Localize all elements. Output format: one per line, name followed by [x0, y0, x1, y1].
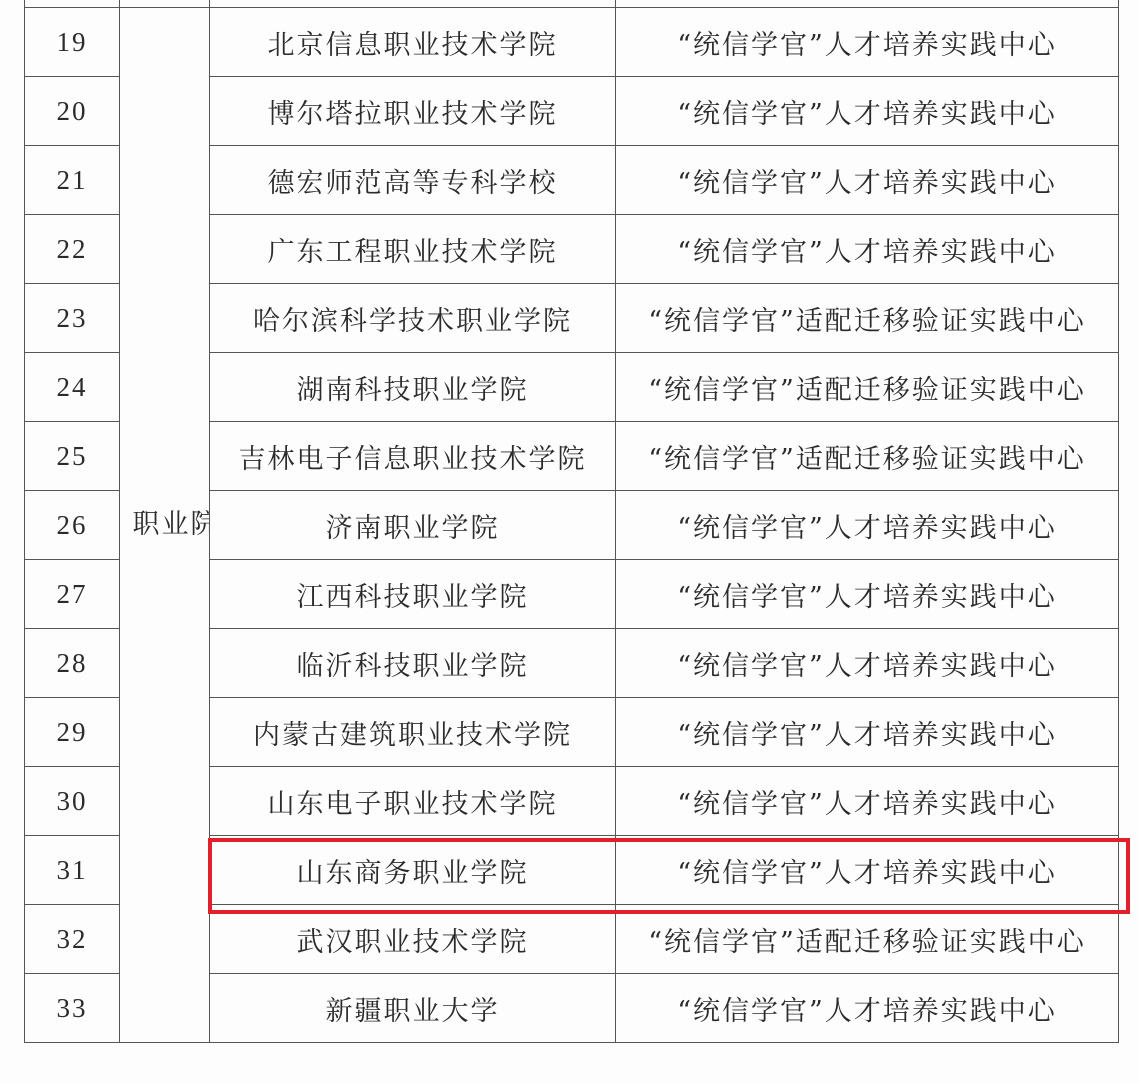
center-name: “统信学官”适配迁移验证实践中心: [616, 422, 1119, 491]
row-number: 31: [25, 836, 120, 905]
school-name: 临沂科技职业学院: [210, 629, 616, 698]
row-number: 19: [25, 8, 120, 77]
center-name: “统信学官”人才培养实践中心: [616, 974, 1119, 1043]
row-number: 25: [25, 422, 120, 491]
center-name: “统信学官”人才培养实践中心: [616, 698, 1119, 767]
center-name: “统信学官”人才培养实践中心: [616, 491, 1119, 560]
center-name: “统信学官”适配迁移验证实践中心: [616, 284, 1119, 353]
school-name: 新疆职业大学: [210, 974, 616, 1043]
school-name: 武汉职业技术学院: [210, 905, 616, 974]
school-name: 济南职业学院: [210, 491, 616, 560]
school-list-table: 19 职业院校 北京信息职业技术学院 “统信学官”人才培养实践中心 20 博尔塔…: [24, 0, 1119, 1043]
school-name: 湖南科技职业学院: [210, 353, 616, 422]
category-cell-top: [120, 0, 210, 8]
row-number: 27: [25, 560, 120, 629]
center-name: “统信学官”人才培养实践中心: [616, 215, 1119, 284]
school-name: 山东商务职业学院: [210, 836, 616, 905]
school-name: 吉林电子信息职业技术学院: [210, 422, 616, 491]
row-number: 22: [25, 215, 120, 284]
school-name: 江西科技职业学院: [210, 560, 616, 629]
center-name: “统信学官”人才培养实践中心: [616, 767, 1119, 836]
school-name: 北京信息职业技术学院: [210, 8, 616, 77]
row-number: 28: [25, 629, 120, 698]
document-page: 19 职业院校 北京信息职业技术学院 “统信学官”人才培养实践中心 20 博尔塔…: [0, 0, 1139, 1084]
center-name: “统信学官”人才培养实践中心: [616, 836, 1119, 905]
school-name: 内蒙古建筑职业技术学院: [210, 698, 616, 767]
table-row: 19 职业院校 北京信息职业技术学院 “统信学官”人才培养实践中心: [25, 8, 1119, 77]
school-name: 德宏师范高等专科学校: [210, 146, 616, 215]
category-cell: 职业院校: [120, 8, 210, 1043]
school-name: 博尔塔拉职业技术学院: [210, 77, 616, 146]
center-name: “统信学官”适配迁移验证实践中心: [616, 905, 1119, 974]
row-number: 29: [25, 698, 120, 767]
row-number: 33: [25, 974, 120, 1043]
center-name: “统信学官”人才培养实践中心: [616, 8, 1119, 77]
row-number: 26: [25, 491, 120, 560]
school-name: [210, 0, 616, 8]
row-number: 21: [25, 146, 120, 215]
row-number: 23: [25, 284, 120, 353]
row-number: 24: [25, 353, 120, 422]
center-name: “统信学官”人才培养实践中心: [616, 560, 1119, 629]
center-name: “统信学官”人才培养实践中心: [616, 629, 1119, 698]
row-number: [25, 0, 120, 8]
school-name: 广东工程职业技术学院: [210, 215, 616, 284]
center-name: [616, 0, 1119, 8]
table-row-partial: [25, 0, 1119, 8]
center-name: “统信学官”人才培养实践中心: [616, 146, 1119, 215]
category-label: 职业院校: [133, 490, 197, 560]
row-number: 20: [25, 77, 120, 146]
school-name: 哈尔滨科学技术职业学院: [210, 284, 616, 353]
center-name: “统信学官”适配迁移验证实践中心: [616, 353, 1119, 422]
center-name: “统信学官”人才培养实践中心: [616, 77, 1119, 146]
row-number: 32: [25, 905, 120, 974]
school-name: 山东电子职业技术学院: [210, 767, 616, 836]
row-number: 30: [25, 767, 120, 836]
